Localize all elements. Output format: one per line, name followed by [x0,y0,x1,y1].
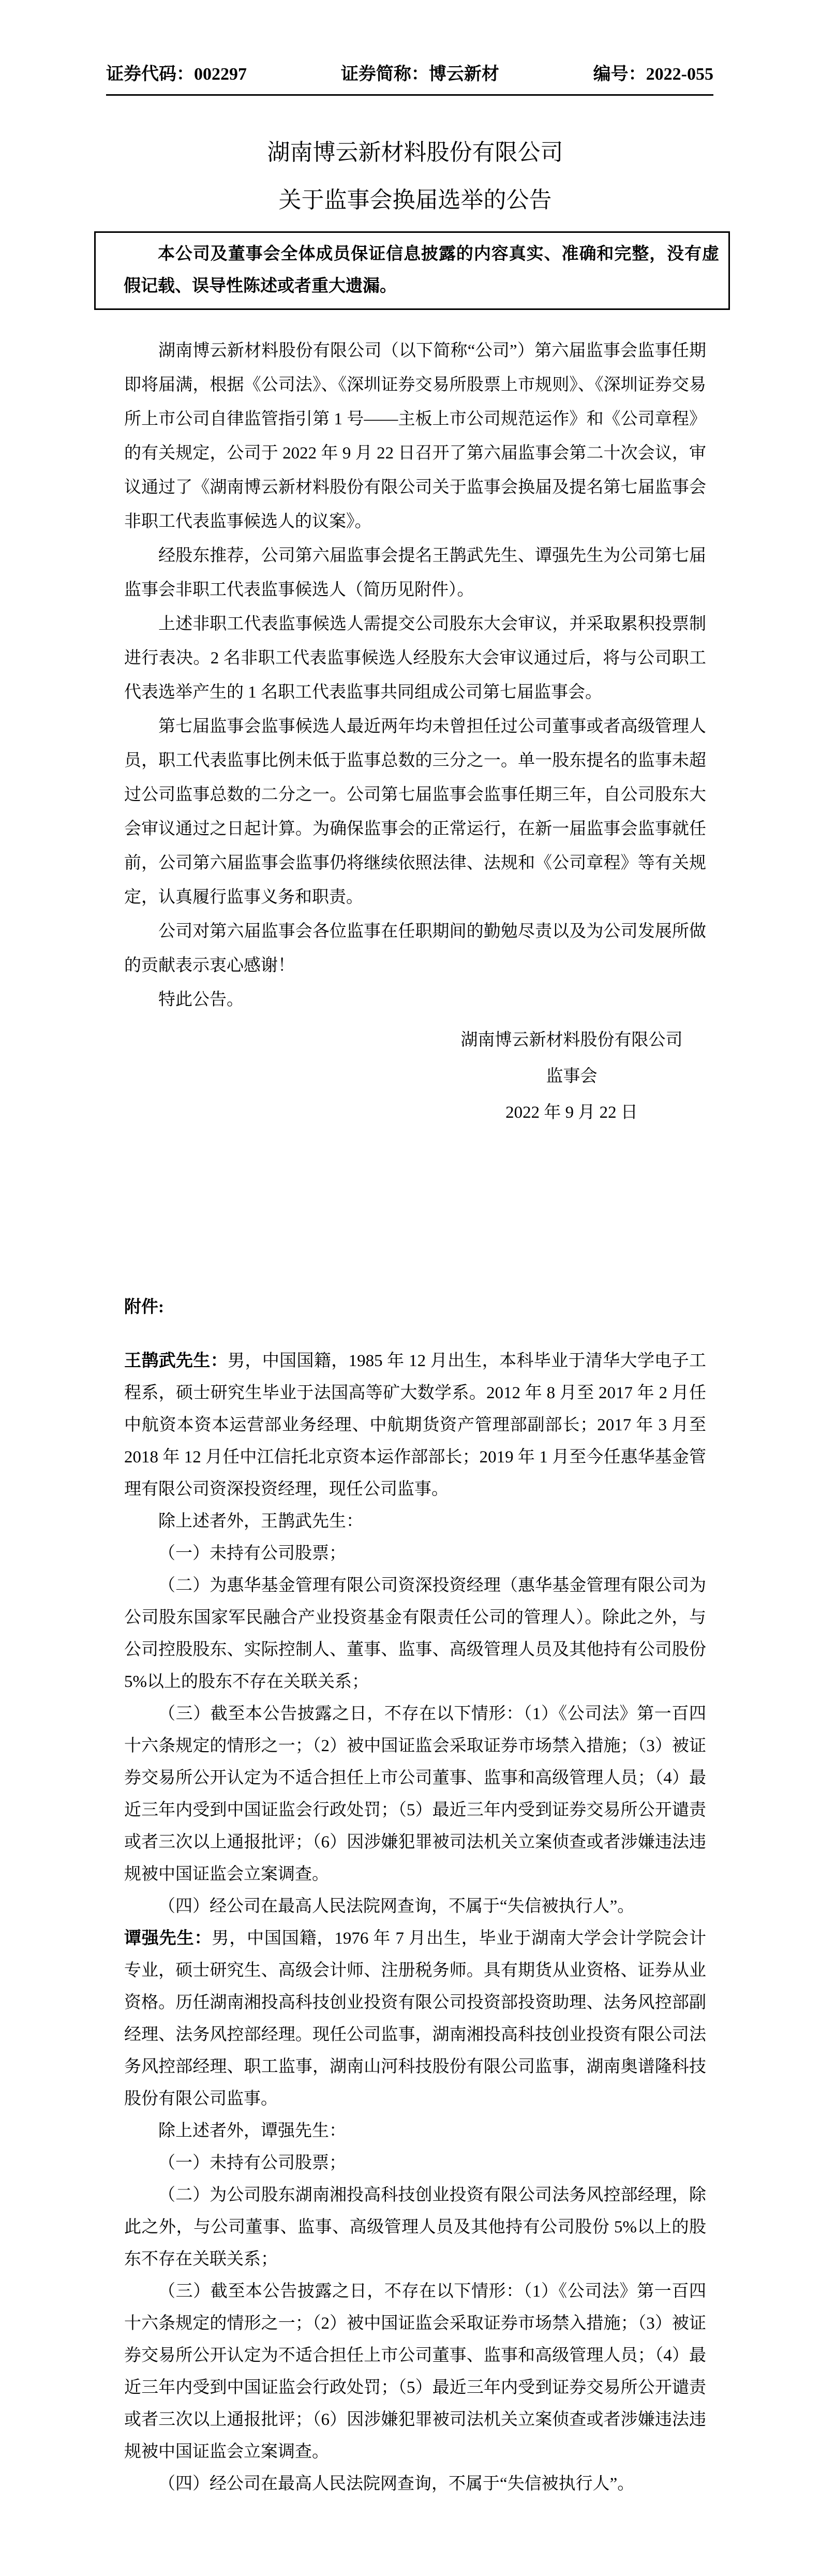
signature-date: 2022 年 9 月 22 日 [437,1094,706,1131]
body-paragraph: 上述非职工代表监事候选人需提交公司股东大会审议，并采取累积投票制进行表决。2 名… [124,607,706,709]
document-header: 证券代码：002297 证券简称：博云新材 编号：2022-055 [106,63,713,86]
closing-statement: 特此公告。 [124,983,706,1017]
candidate-bio: 谭强先生：男，中国国籍，1976 年 7 月出生，毕业于湖南大学会计学院会计专业… [124,1922,706,2115]
header-divider [106,94,713,96]
attachment-section: 附件: 王鹊武先生：男，中国国籍，1985 年 12 月出生，本科毕业于清华大学… [124,1290,706,2500]
body-paragraph: 湖南博云新材料股份有限公司（以下简称“公司”）第六届监事会监事任期即将届满，根据… [124,334,706,539]
candidate-item: （二）为惠华基金管理有限公司资深投资经理（惠华基金管理有限公司为公司股东国家军民… [124,1570,706,1698]
candidate-name: 谭强先生： [124,1929,212,1948]
announcement-page: 证券代码：002297 证券简称：博云新材 编号：2022-055 湖南博云新材… [0,0,821,2576]
candidate-item: （二）为公司股东湖南湘投高科技创业投资有限公司法务风控部经理，除此之外，与公司董… [124,2179,706,2275]
candidate-profiles: 王鹊武先生：男，中国国籍，1985 年 12 月出生，本科毕业于清华大学电子工程… [124,1345,706,2500]
candidate-item: （四）经公司在最高人民法院网查询，不属于“失信被执行人”。 [124,2468,706,2500]
candidate-item: （一）未持有公司股票； [124,2147,706,2179]
candidate-profile-wangquewu: 王鹊武先生：男，中国国籍，1985 年 12 月出生，本科毕业于清华大学电子工程… [124,1345,706,1922]
candidate-bio-text: 男，中国国籍，1985 年 12 月出生，本科毕业于清华大学电子工程系，硕士研究… [124,1352,706,1499]
body-paragraph: 公司对第六届监事会各位监事在任职期间的勤勉尽责以及为公司发展所做的贡献表示衷心感… [124,914,706,983]
candidate-item: （一）未持有公司股票； [124,1537,706,1570]
signature-company: 湖南博云新材料股份有限公司 [437,1022,706,1058]
candidate-except-lead: 除上述者外，王鹊武先生： [124,1505,706,1537]
stock-name-label: 证券简称：博云新材 [341,63,499,86]
document-title-line2: 关于监事会换届选举的公告 [124,176,706,224]
stock-code-label: 证券代码：002297 [106,63,247,86]
candidate-name: 王鹊武先生： [124,1352,228,1370]
signature-block: 湖南博云新材料股份有限公司 监事会 2022 年 9 月 22 日 [437,1022,706,1131]
candidate-bio-text: 男，中国国籍，1976 年 7 月出生，毕业于湖南大学会计学院会计专业，硕士研究… [124,1929,706,2108]
disclaimer-text: 本公司及董事会全体成员保证信息披露的内容真实、准确和完整，没有虚假记载、误导性陈… [124,238,719,302]
signature-department: 监事会 [437,1058,706,1094]
announcement-number-label: 编号：2022-055 [593,63,713,86]
attachment-label: 附件: [124,1290,706,1324]
body-paragraph: 第七届监事会监事候选人最近两年均未曾担任过公司董事或者高级管理人员，职工代表监事… [124,709,706,914]
disclaimer-box: 本公司及董事会全体成员保证信息披露的内容真实、准确和完整，没有虚假记载、误导性陈… [94,231,730,310]
document-title-line1: 湖南博云新材料股份有限公司 [124,129,706,176]
candidate-profile-tanqiang: 谭强先生：男，中国国籍，1976 年 7 月出生，毕业于湖南大学会计学院会计专业… [124,1922,706,2500]
candidate-item: （三）截至本公告披露之日，不存在以下情形：（1）《公司法》第一百四十六条规定的情… [124,1698,706,1890]
body-paragraph: 经股东推荐，公司第六届监事会提名王鹊武先生、谭强先生为公司第七届监事会非职工代表… [124,539,706,607]
document-title: 湖南博云新材料股份有限公司 关于监事会换届选举的公告 [124,129,706,224]
announcement-body: 湖南博云新材料股份有限公司（以下简称“公司”）第六届监事会监事任期即将届满，根据… [124,334,706,1017]
candidate-bio: 王鹊武先生：男，中国国籍，1985 年 12 月出生，本科毕业于清华大学电子工程… [124,1345,706,1505]
candidate-item: （三）截至本公告披露之日，不存在以下情形：（1）《公司法》第一百四十六条规定的情… [124,2275,706,2468]
candidate-item: （四）经公司在最高人民法院网查询，不属于“失信被执行人”。 [124,1890,706,1922]
candidate-except-lead: 除上述者外，谭强先生： [124,2115,706,2147]
